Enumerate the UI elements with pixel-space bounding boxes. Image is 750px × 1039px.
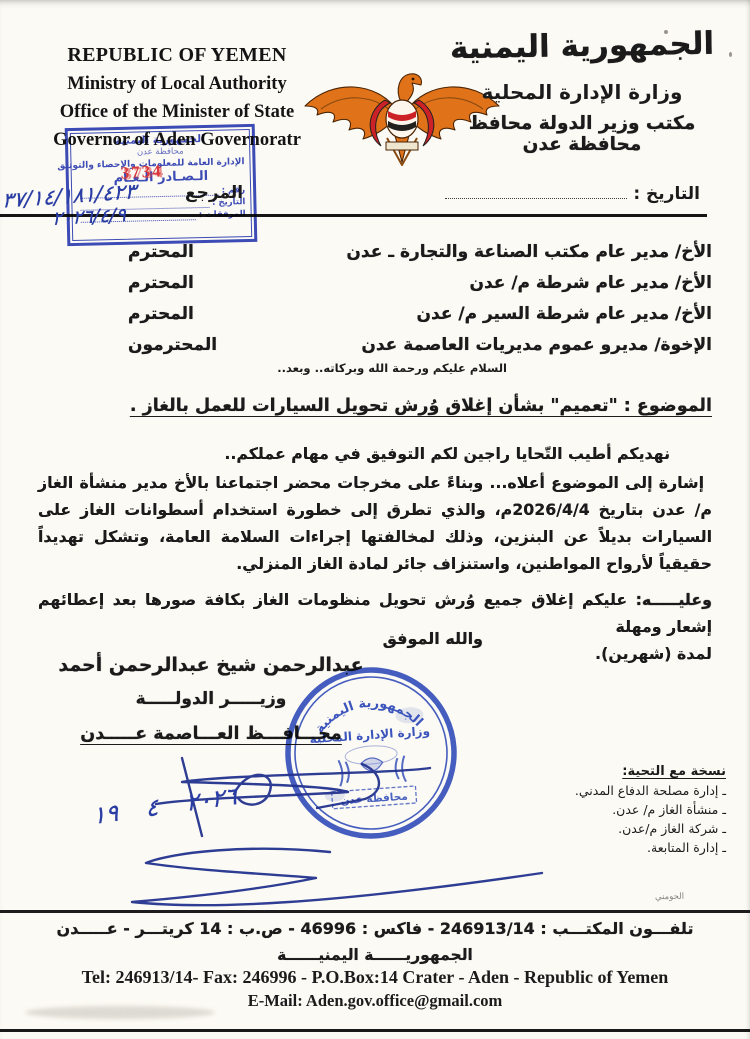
salutation: السلام عليكم ورحمة الله وبركاته.. وبعد.. <box>277 361 507 375</box>
addressee-row: الأخ/ مدير عام شرطة السير م/ عدن المحترم <box>128 304 712 335</box>
footer-country-arabic: الجمهوريــــــة اليمنيــــــة <box>0 946 750 964</box>
margin-annotation: الحومني <box>655 892 684 903</box>
office-name-en: Office of the Minister of State <box>18 102 336 123</box>
office-name-ar: مكتب وزير الدولة محافظ محافظة عدن <box>442 113 722 155</box>
footer-contact-english: Tel: 246913/14- Fax: 246996 - P.O.Box:14… <box>0 967 750 988</box>
header-arabic: الجمهورية اليمنية وزارة الإدارة المحلية … <box>442 28 722 155</box>
ministry-name-en: Ministry of Local Authority <box>18 74 336 95</box>
body-paragraph-1: نهديكم أطيب التّحايا راجين لكم التوفيق ف… <box>38 440 712 467</box>
country-name-en: REPUBLIC OF YEMEN <box>18 44 336 67</box>
date-line: التاريخ : <box>445 184 700 204</box>
footer-contact-arabic: تلفـــون المكتـــب : 246913/14 - فاكس : … <box>0 919 750 938</box>
handwritten-date: ٢٠٢٦/٤/٩ <box>52 204 126 230</box>
paragraph-3-text: عليكم إغلاق جميع وُرش تحويل منظومات الغا… <box>38 590 712 636</box>
addressee-honorific: المحترم <box>128 273 194 293</box>
scanned-official-letter: REPUBLIC OF YEMEN Ministry of Local Auth… <box>0 0 750 1039</box>
cc-title: نسخة مع التحية: <box>496 764 726 779</box>
closing-phrase: والله الموفق <box>383 629 483 648</box>
date-fill-line <box>445 184 627 199</box>
scan-speck <box>664 30 668 34</box>
country-calligraphy-ar: الجمهورية اليمنية <box>442 26 723 67</box>
stamp-number-label: رقم : <box>222 185 246 196</box>
addressee-name: الأخ/ مدير عام شرطة م/ عدن <box>469 273 712 293</box>
ministry-name-ar: وزارة الإدارة المحلية <box>442 80 722 104</box>
addressee-row: الأخ/ مدير عام شرطة م/ عدن المحترم <box>128 273 712 304</box>
cc-item: ـ إدارة المتابعة. <box>496 840 726 856</box>
stamp-attachments-label: المرفقات : <box>199 209 246 220</box>
body-paragraph-3: وعليـــــه: عليكم إغلاق جميع وُرش تحويل … <box>38 586 712 640</box>
addressee-honorific: المحترم <box>128 304 194 324</box>
cc-list: نسخة مع التحية: ـ إدارة مصلحة الدفاع الم… <box>496 764 726 855</box>
scan-smudge <box>25 1006 215 1019</box>
cc-item: ـ إدارة مصلحة الدفاع المدني. <box>496 783 726 799</box>
addressee-row: الأخ/ مدير عام مكتب الصناعة والتجارة ـ ع… <box>128 242 712 273</box>
addressee-honorific: المحترمون <box>128 335 217 355</box>
addressee-name: الأخ/ مدير عام شرطة السير م/ عدن <box>417 304 712 324</box>
handwritten-signature <box>30 740 550 925</box>
date-label: التاريخ : <box>633 184 700 204</box>
addressee-honorific: المحترم <box>128 242 194 262</box>
stamp-date-label: التاريخ : <box>212 197 246 208</box>
addressee-name: الإخوة/ مديرو عموم مديريات العاصمة عدن <box>361 335 712 355</box>
paragraph-3-lead: وعليـــــه: <box>636 590 712 609</box>
page-bottom-edge <box>0 1029 750 1032</box>
subject-line: الموضوع : "تعميم" بشأن إغلاق وُرش تحويل … <box>130 396 712 416</box>
letter-body: نهديكم أطيب التّحايا راجين لكم التوفيق ف… <box>38 440 712 667</box>
body-paragraph-2: إشارة إلى الموضوع أعلاه... وبناءً على مخ… <box>38 469 712 577</box>
cc-item: ـ منشأة الغاز م/ عدن. <box>496 802 726 818</box>
addressee-list: الأخ/ مدير عام مكتب الصناعة والتجارة ـ ع… <box>128 242 712 366</box>
scan-speck <box>729 52 732 57</box>
addressee-name: الأخ/ مدير عام مكتب الصناعة والتجارة ـ ع… <box>346 242 712 262</box>
cc-item: ـ شركة الغاز م/عدن. <box>496 821 726 837</box>
footer-divider-rule <box>0 910 750 913</box>
